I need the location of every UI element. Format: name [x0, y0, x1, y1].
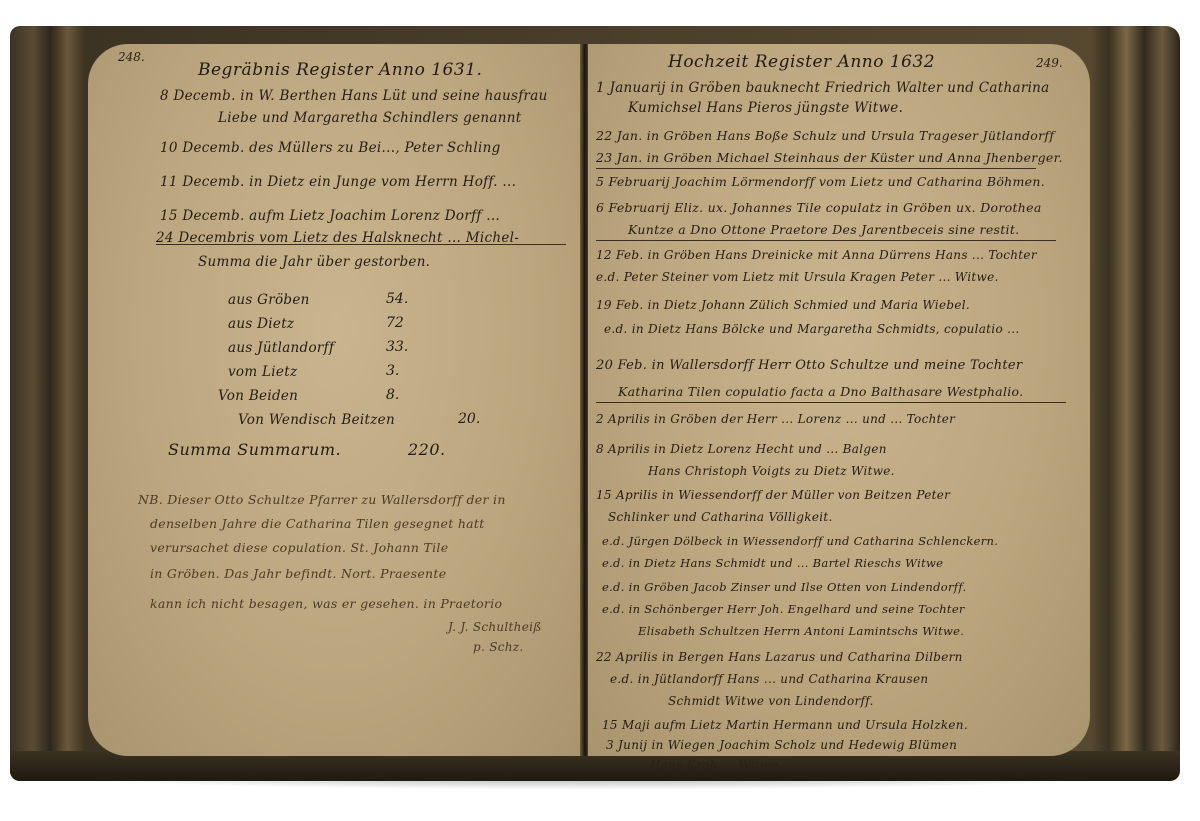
note-line: denselben Jahre die Catharina Tilen gese…: [150, 516, 485, 531]
tally-label: aus Gröben: [228, 292, 310, 308]
entry-line: e.d. in Gröben Jacob Zinser und Ilse Ott…: [602, 580, 966, 594]
entry-line: 20 Feb. in Wallersdorff Herr Otto Schult…: [596, 358, 1022, 373]
note-line: kann ich nicht besagen, was er gesehen. …: [150, 596, 502, 611]
entry-line: Hans Christoph Voigts zu Dietz Witwe.: [648, 464, 895, 478]
entry-line: 8 Aprilis in Dietz Lorenz Hecht und ... …: [596, 442, 887, 456]
tally-label: aus Dietz: [228, 316, 294, 332]
tally-value: 20.: [458, 411, 480, 427]
note-line: verursachet diese copulation. St. Johann…: [150, 540, 448, 555]
entry-line: 22 Jan. in Gröben Hans Boße Schulz und U…: [596, 128, 1054, 143]
summa-value: 220.: [408, 440, 446, 459]
entry-line: 12 Feb. in Gröben Hans Dreinicke mit Ann…: [596, 248, 1037, 262]
summa-label: Summa Summarum.: [168, 440, 341, 459]
tally-label: aus Jütlandorff: [228, 340, 334, 356]
entry-line: 11 Decemb. in Dietz ein Junge vom Herrn …: [160, 174, 516, 190]
entry-line: 22 Aprilis in Bergen Hans Lazarus und Ca…: [596, 650, 963, 664]
separator-rule: [596, 240, 1056, 241]
tally-value: 33.: [386, 339, 408, 355]
tally-value: 54.: [386, 291, 408, 307]
entry-line: Liebe und Margaretha Schindlers genannt: [218, 110, 521, 126]
summary-heading: Summa die Jahr über gestorben.: [198, 254, 430, 270]
entry-line: Hans Kroh ... Witwe.: [650, 758, 782, 772]
entry-line: e.d. in Jütlandorff Hans ... und Cathari…: [610, 672, 928, 686]
entry-line: e.d. Peter Steiner vom Lietz mit Ursula …: [596, 270, 999, 284]
tally-value: 8.: [386, 387, 399, 403]
entry-line: Kumichsel Hans Pieros jüngste Witwe.: [628, 100, 903, 116]
entry-line: 23 Jan. in Gröben Michael Steinhaus der …: [596, 150, 1063, 165]
entry-line: 8 Decemb. in W. Berthen Hans Lüt und sei…: [160, 88, 548, 104]
entry-line: Schmidt Witwe von Lindendorff.: [668, 694, 874, 708]
entry-line: 3 Junij in Wiegen Joachim Scholz und Hed…: [606, 738, 957, 752]
strike-rule: [156, 244, 566, 245]
entry-line: 6 Februarij Eliz. ux. Johannes Tile copu…: [596, 200, 1042, 215]
entry-line: Elisabeth Schultzen Herrn Antoni Lamints…: [638, 624, 964, 638]
entry-line: 2 Aprilis in Gröben der Herr ... Lorenz …: [596, 412, 955, 426]
note-signature: p. Schz.: [473, 640, 524, 654]
entry-line: 15 Maji aufm Lietz Martin Hermann und Ur…: [602, 718, 968, 732]
note-line: in Gröben. Das Jahr befindt. Nort. Praes…: [150, 566, 446, 581]
open-manuscript-book: 248. Begräbnis Register Anno 1631. 8 Dec…: [10, 26, 1180, 781]
page-number-left: 248.: [118, 50, 145, 64]
entry-line: e.d. in Dietz Hans Bölcke und Margaretha…: [604, 322, 1019, 336]
tally-value: 72: [386, 315, 404, 331]
right-page-heading: Hochzeit Register Anno 1632: [668, 52, 935, 72]
page-number-right: 249.: [1036, 56, 1063, 70]
entry-line: Kuntze a Dno Ottone Praetore Des Jarentb…: [628, 222, 1019, 237]
entry-line: 15 Aprilis in Wiessendorff der Müller vo…: [596, 488, 950, 502]
entry-line: 5 Februarij Joachim Lörmendorff vom Liet…: [596, 174, 1045, 189]
entry-line: 1 Januarij in Gröben bauknecht Friedrich…: [596, 80, 1050, 96]
tally-label: Von Wendisch Beitzen: [238, 412, 395, 428]
entry-line: 15 Decemb. aufm Lietz Joachim Lorenz Dor…: [160, 208, 500, 224]
left-page-heading: Begräbnis Register Anno 1631.: [198, 60, 482, 80]
entry-line: e.d. in Dietz Hans Schmidt und ... Barte…: [602, 556, 943, 570]
separator-rule: [596, 402, 1066, 403]
entry-line: e.d. Jürgen Dölbeck in Wiessendorff und …: [602, 534, 998, 548]
note-line: NB. Dieser Otto Schultze Pfarrer zu Wall…: [138, 492, 506, 507]
tally-label: vom Lietz: [228, 364, 297, 380]
right-page: Hochzeit Register Anno 1632 249. 1 Janua…: [588, 44, 1090, 756]
entry-line: e.d. in Schönberger Herr Joh. Engelhard …: [602, 602, 965, 616]
entry-line: Katharina Tilen copulatio facta a Dno Ba…: [618, 384, 1023, 399]
separator-rule: [596, 168, 1036, 169]
tally-label: Von Beiden: [218, 388, 298, 404]
tally-value: 3.: [386, 363, 399, 379]
entry-line: Schlinker und Catharina Völligkeit.: [608, 510, 833, 524]
entry-line: 19 Feb. in Dietz Johann Zülich Schmied u…: [596, 298, 970, 312]
left-page: 248. Begräbnis Register Anno 1631. 8 Dec…: [88, 44, 583, 756]
entry-line: 10 Decemb. des Müllers zu Bei..., Peter …: [160, 140, 501, 156]
note-signature: J. J. Schultheiß: [448, 620, 542, 634]
